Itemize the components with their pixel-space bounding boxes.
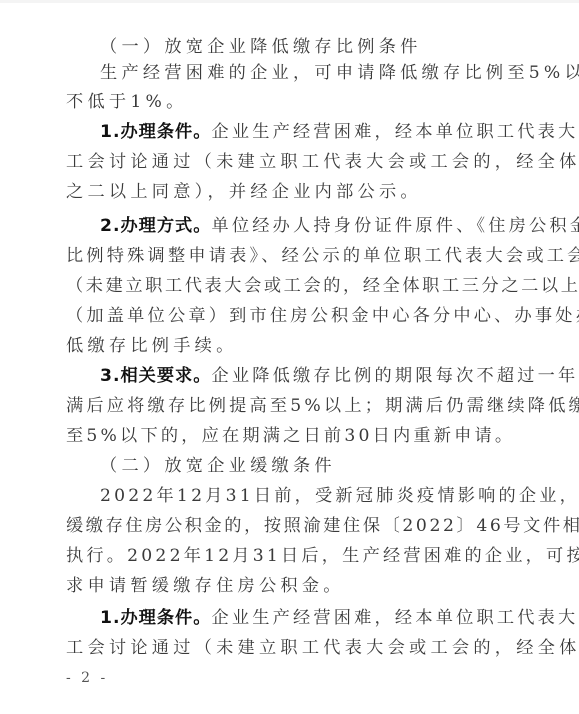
item-label: 1.办理条件。 [100,608,211,628]
top-edge-shadow [0,0,579,3]
item-paragraph-line: 3.相关要求。企业降低缴存比例的期限每次不超过一年，期 [100,364,518,388]
item-text: 企业降低缴存比例的期限每次不超过一年，期 [211,366,579,386]
item-text: 单位经办人持身份证件原件、《住房公积金缴存 [211,216,579,236]
item-text: 企业生产经营困难，经本单位职工代表大会或 [211,608,579,628]
section-heading-2: （二）放宽企业缓缴条件 [100,454,518,478]
paragraph-line: 生产经营困难的企业，可申请降低缴存比例至5%以下，最低 [100,61,518,85]
paragraph-line: 2022年12月31日前，受新冠肺炎疫情影响的企业，申请暂 [100,484,518,508]
paragraph-line: 求申请暂缓缴存住房公积金。 [66,574,518,598]
document-page: （一）放宽企业降低缴存比例条件 生产经营困难的企业，可申请降低缴存比例至5%以下… [0,0,579,714]
page-number: - 2 - [66,670,108,686]
paragraph-line: 低缴存比例手续。 [66,334,518,358]
item-label: 1.办理条件。 [100,122,211,142]
paragraph-line: 工会讨论通过（未建立职工代表大会或工会的，经全体职工三分 [66,150,518,174]
paragraph-line: 缓缴存住房公积金的，按照渝建住保〔2022〕46号文件相关要求 [66,514,518,538]
item-paragraph-line: 1.办理条件。企业生产经营困难，经本单位职工代表大会或 [100,120,518,144]
section-heading-1: （一）放宽企业降低缴存比例条件 [100,35,518,59]
paragraph-line: 执行。2022年12月31日后，生产经营困难的企业，可按以下要 [66,544,518,568]
paragraph-line: 满后应将缴存比例提高至5%以上；期满后仍需继续降低缴存比例 [66,394,518,418]
item-paragraph-line: 1.办理条件。企业生产经营困难，经本单位职工代表大会或 [100,606,518,630]
paragraph-line: （加盖单位公章）到市住房公积金中心各分中心、办事处办理降 [66,304,518,328]
item-paragraph-line: 2.办理方式。单位经办人持身份证件原件、《住房公积金缴存 [100,214,518,238]
item-label: 3.相关要求。 [100,366,211,386]
item-text: 企业生产经营困难，经本单位职工代表大会或 [211,122,579,142]
paragraph-line: 比例特殊调整申请表》、经公示的单位职工代表大会或工会决议 [66,244,518,268]
paragraph-line: （未建立职工代表大会或工会的，经全体职工三分之二以上同意） [66,274,518,298]
paragraph-line: 之二以上同意），并经企业内部公示。 [66,180,518,204]
paragraph-line: 至5%以下的，应在期满之日前30日内重新申请。 [66,424,518,448]
item-label: 2.办理方式。 [100,216,211,236]
paragraph-line: 工会讨论通过（未建立职工代表大会或工会的，经全体职工三分 [66,636,518,660]
paragraph-line: 不低于1%。 [66,90,518,114]
